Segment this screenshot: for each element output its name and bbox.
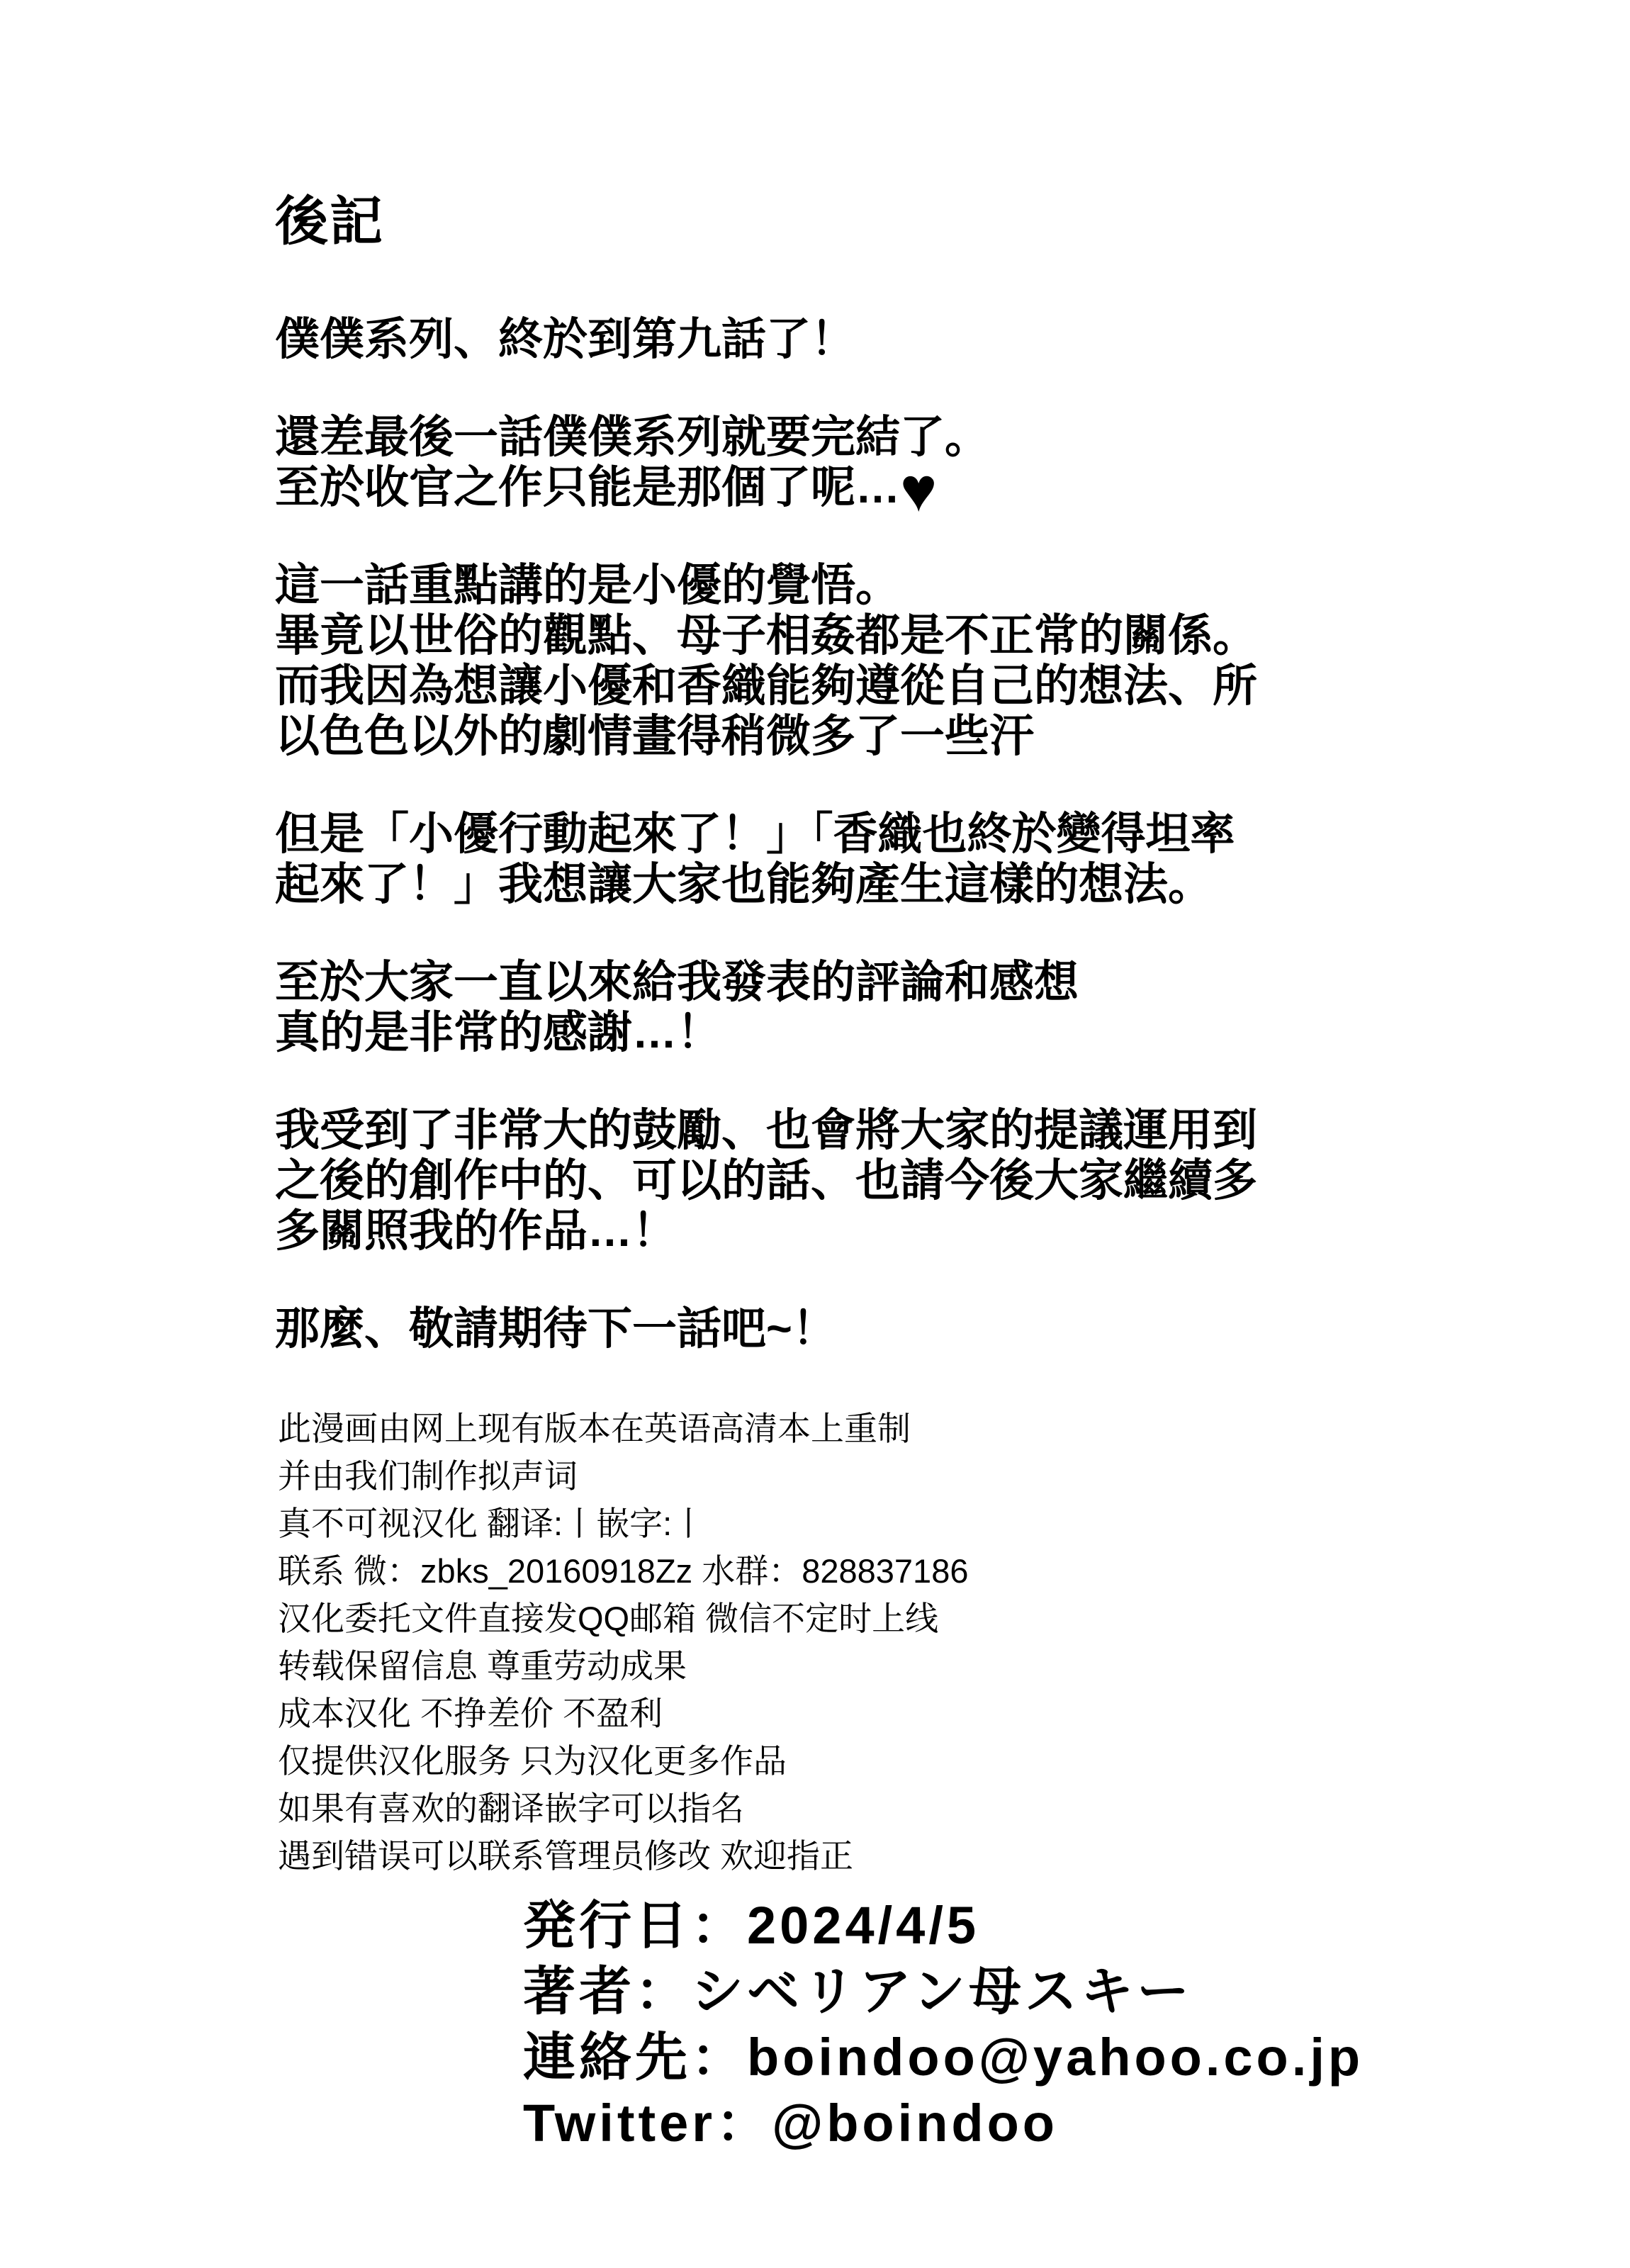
text-line: 真的是非常的感謝…！ — [275, 1008, 1257, 1058]
paragraph: 還差最後一話僕僕系列就要完結了。 至於收官之作只能是那個了呢…♥ — [275, 412, 1257, 513]
text-line: 這一話重點講的是小優的覺悟。 — [275, 561, 1257, 611]
text-line: 起來了！」我想讓大家也能夠產生這樣的想法。 — [275, 860, 1257, 910]
colophon-contact-email: 連絡先：boindoo@yahoo.co.jp — [523, 2024, 1364, 2090]
colophon-author: 著者：シベリアン母スキー — [523, 1958, 1364, 2024]
text-line: 我受到了非常大的鼓勵、也會將大家的提議運用到 — [275, 1106, 1257, 1156]
afterword-body: 僕僕系列、終於到第九話了！ 還差最後一話僕僕系列就要完結了。 至於收官之作只能是… — [275, 315, 1257, 1402]
text-line: 那麼、敬請期待下一話吧~！ — [275, 1304, 837, 1354]
notes-line: 仅提供汉化服务 只为汉化更多作品 — [278, 1737, 968, 1785]
text-line: 畢竟以世俗的觀點、母子相姦都是不正常的關係。 — [275, 611, 1257, 661]
text-segment: 至於收官之作只能是那個了呢… — [275, 463, 900, 512]
notes-line: 成本汉化 不挣差价 不盈利 — [278, 1690, 968, 1737]
translation-notes: 此漫画由网上现有版本在英语高清本上重制 并由我们制作拟声词 真不可视汉化 翻译:… — [278, 1405, 968, 1880]
notes-line: 并由我们制作拟声词 — [278, 1452, 968, 1500]
text-line: 但是「小優行動起來了！」「香織也終於變得坦率 — [275, 809, 1257, 860]
paragraph: 但是「小優行動起來了！」「香織也終於變得坦率 起來了！」我想讓大家也能夠產生這樣… — [275, 809, 1257, 910]
colophon: 発行日：2024/4/5 著者：シベリアン母スキー 連絡先：boindoo@ya… — [523, 1892, 1364, 2156]
notes-line: 汉化委托文件直接发QQ邮箱 微信不定时上线 — [278, 1595, 968, 1642]
heart-icon: ♥ — [900, 454, 937, 524]
paragraph: 至於大家一直以來給我發表的評論和感想 真的是非常的感謝…！ — [275, 958, 1257, 1058]
text-line: 僕僕系列、終於到第九話了！ — [275, 315, 855, 364]
paragraph: 這一話重點講的是小優的覺悟。 畢竟以世俗的觀點、母子相姦都是不正常的關係。 而我… — [275, 561, 1257, 762]
notes-line: 真不可视汉化 翻译:丨嵌字:丨 — [278, 1500, 968, 1547]
text-line: 以色色以外的劇情畫得稍微多了一些汗 — [275, 712, 1257, 762]
notes-line: 如果有喜欢的翻译嵌字可以指名 — [278, 1785, 968, 1832]
text-line: 至於大家一直以來給我發表的評論和感想 — [275, 958, 1257, 1008]
colophon-twitter-handle: Twitter：@boindoo — [523, 2090, 1364, 2156]
notes-line: 此漫画由网上现有版本在英语高清本上重制 — [278, 1405, 968, 1452]
text-line: 至於收官之作只能是那個了呢…♥ — [275, 463, 1257, 513]
notes-line: 转载保留信息 尊重劳动成果 — [278, 1642, 968, 1690]
text-line: 而我因為想讓小優和香織能夠遵從自己的想法、所 — [275, 661, 1257, 712]
colophon-publish-date: 発行日：2024/4/5 — [523, 1892, 1364, 1958]
notes-line: 遇到错误可以联系管理员修改 欢迎指正 — [278, 1832, 968, 1880]
paragraph: 我受到了非常大的鼓勵、也會將大家的提議運用到 之後的創作中的、可以的話、也請今後… — [275, 1106, 1257, 1257]
paragraph: 僕僕系列、終於到第九話了！ — [275, 315, 1257, 365]
text-line: 還差最後一話僕僕系列就要完結了。 — [275, 412, 1257, 463]
afterword-page: 後記 僕僕系列、終於到第九話了！ 還差最後一話僕僕系列就要完結了。 至於收官之作… — [0, 0, 1630, 2268]
paragraph: 那麼、敬請期待下一話吧~！ — [275, 1304, 1257, 1354]
page-title: 後記 — [275, 193, 384, 249]
text-line: 多關照我的作品…！ — [275, 1206, 1257, 1257]
text-line: 之後的創作中的、可以的話、也請今後大家繼續多 — [275, 1156, 1257, 1206]
notes-line: 联系 微：zbks_20160918Zz 水群：828837186 — [278, 1547, 968, 1595]
